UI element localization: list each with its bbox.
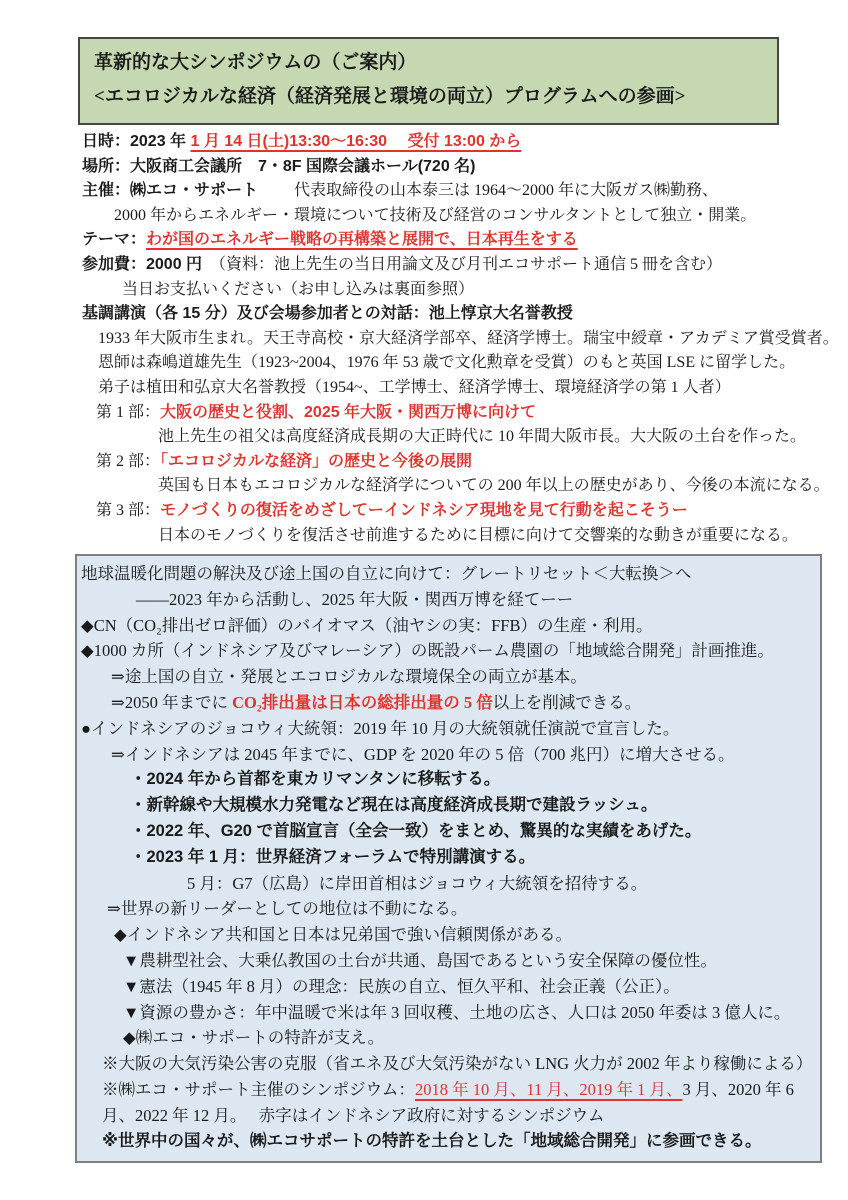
- box-self-reliance-line: ⇒途上国の自立・発展とエコロジカルな環境保全の両立が基本。: [81, 664, 814, 690]
- venue-line: 場所：大阪商工会議所 7・8F 国際会議ホール(720 名): [82, 155, 842, 180]
- datetime-label: 日時：2023 年: [82, 133, 191, 150]
- theme-line: テーマ：わが国のエネルギー戦略の再構築と展開で、日本再生をする: [82, 228, 842, 253]
- box-symposium-history-line: ※㈱エコ・サポート主催のシンポジウム：2018 年 10 月、11 月、2019…: [81, 1077, 814, 1103]
- highlight-box: 地球温暖化問題の解決及び途上国の自立に向けて：グレートリセット＜大転換＞へ ——…: [75, 554, 822, 1163]
- title-line-2: <エコロジカルな経済（経済発展と環境の両立）プログラムへの参画>: [94, 80, 763, 114]
- box-agrarian-society-line: ▼農耕型社会、大乗仏教国の土台が共通、島国であるという安全保障の優位性。: [81, 948, 814, 974]
- speaker-bio-line-3: 弟子は植田和弘京大名誉教授（1954~、工学博士、経済学博士、環境経済学の第 1…: [82, 376, 842, 401]
- speaker-bio-line-2: 恩師は森嶋道雄先生（1923~2004、1976 年 53 歳で文化勲章を受賞）…: [82, 351, 842, 376]
- theme-label: テーマ：: [82, 231, 146, 248]
- organizer-line: 主催：㈱エコ・サポート 代表取締役の山本泰三は 1964～2000 年に大阪ガス…: [82, 179, 842, 204]
- part1-title: 大阪の歴史と役割、2025 年大阪・関西万博に向けて: [160, 404, 536, 421]
- fee-label: 参加費：2000 円: [82, 256, 202, 273]
- datetime-value: 1 月 14 日(土)13:30～16:30 受付 13:00 から: [191, 133, 522, 150]
- box-g7-line: 5 月：G7（広島）に岸田首相はジョコウィ大統領を招待する。: [81, 871, 814, 897]
- part2-label: 第 2 部：: [96, 453, 160, 470]
- box-symposium-label: ※㈱エコ・サポート主催のシンポジウム：: [102, 1080, 415, 1099]
- box-osaka-pollution-line: ※大阪の大気汚染公害の克服（省エネ及び大気汚染がない LNG 火力が 2002 …: [81, 1051, 814, 1077]
- organizer-rest: 代表取締役の山本泰三は 1964～2000 年に大阪ガス㈱勤務、: [258, 182, 718, 199]
- payment-note-line: 当日お支払いください（お申し込みは裏面参照）: [82, 278, 842, 303]
- box-cn-biomass-line: ◆CN（CO₂排出ゼロ評価）のバイオマス（油ヤシの実：FFB）の生産・利用。: [81, 613, 814, 639]
- box-patent-line: ◆㈱エコ・サポートの特許が支え。: [81, 1025, 814, 1051]
- box-g20-line: ・2022 年、G20 で首脳宣言（全会一致）をまとめ、驚異的な実績をあげた。: [81, 819, 814, 845]
- theme-value: わが国のエネルギー戦略の再構築と展開で、日本再生をする: [146, 231, 578, 248]
- part1-desc-line: 池上先生の祖父は高度経済成長期の大正時代に 10 年間大阪市長。大大阪の土台を作…: [82, 425, 842, 450]
- box-symposium-red-dates: 2018 年 10 月、11 月、2019 年 1 月、: [415, 1080, 683, 1099]
- box-davos-line: ・2023 年 1 月：世界経済フォーラムで特別講演する。: [81, 845, 814, 871]
- box-world-leader-line: ⇒世界の新リーダーとしての地位は不動になる。: [81, 896, 814, 922]
- box-co2-prefix: ⇒2050 年までに: [111, 693, 232, 712]
- datetime-line: 日時：2023 年 1 月 14 日(土)13:30～16:30 受付 13:0…: [82, 130, 842, 155]
- box-co2-line: ⇒2050 年までに CO₂排出量は日本の総排出量の 5 倍以上を削減できる。: [81, 690, 814, 716]
- part3-label: 第 3 部：: [96, 502, 160, 519]
- box-heading-line: 地球温暖化問題の解決及び途上国の自立に向けて：グレートリセット＜大転換＞へ: [81, 561, 814, 587]
- organizer-label: 主催：㈱エコ・サポート: [82, 182, 258, 199]
- box-co2-red-text: CO₂排出量は日本の総排出量の 5 倍: [232, 693, 493, 712]
- part2-line: 第 2 部：「エコロジカルな経済」の歴史と今後の展開: [82, 450, 842, 475]
- box-constitution-line: ▼憲法（1945 年 8 月）の理念：民族の自立、恒久平和、社会正義（公正）。: [81, 974, 814, 1000]
- box-co2-suffix: 以上を削減できる。: [493, 693, 642, 712]
- fee-line: 参加費：2000 円 （資料：池上先生の当日用論文及び月刊エコサポート通信 5 …: [82, 253, 842, 278]
- box-world-participation-line: ※世界中の国々が、㈱エコサポートの特許を土台とした「地域総合開発」に参画できる。: [81, 1129, 814, 1155]
- box-symposium-history-line-2: 月、2022 年 12 月。 赤字はインドネシア政府に対するシンポジウム: [81, 1103, 814, 1129]
- part1-line: 第 1 部：大阪の歴史と役割、2025 年大阪・関西万博に向けて: [82, 401, 842, 426]
- part2-desc-line: 英国も日本もエコロジカルな経済学についての 200 年以上の歴史があり、今後の本…: [82, 474, 842, 499]
- box-brother-nations-line: ◆インドネシア共和国と日本は兄弟国で強い信頼関係がある。: [81, 922, 814, 948]
- part1-label: 第 1 部：: [96, 404, 160, 421]
- part3-title: モノづくりの復活をめざしてーインドネシア現地を見て行動を起こそうー: [160, 502, 688, 519]
- box-symposium-black-dates: 3 月、2020 年 6: [682, 1080, 793, 1099]
- fee-rest: （資料：池上先生の当日用論文及び月刊エコサポート通信 5 冊を含む）: [202, 256, 722, 273]
- document-page: 革新的な大シンポジウムの（ご案内） <エコロジカルな経済（経済発展と環境の両立）…: [0, 0, 848, 1200]
- box-resources-line: ▼資源の豊かさ：年中温暖で米は年 3 回収穫、土地の広さ、人口は 2050 年委…: [81, 1000, 814, 1026]
- title-line-1: 革新的な大シンポジウムの（ご案内）: [94, 46, 763, 80]
- box-gdp-line: ⇒インドネシアは 2045 年までに、GDP を 2020 年の 5 倍（700…: [81, 742, 814, 768]
- part2-title: 「エコロジカルな経済」の歴史と今後の展開: [160, 453, 472, 470]
- event-details: 日時：2023 年 1 月 14 日(土)13:30～16:30 受付 13:0…: [82, 130, 842, 548]
- organizer-continuation-line: 2000 年からエネルギー・環境について技術及び経営のコンサルタントとして独立・…: [82, 204, 842, 229]
- title-box: 革新的な大シンポジウムの（ご案内） <エコロジカルな経済（経済発展と環境の両立）…: [78, 37, 779, 125]
- box-capital-move-line: ・2024 年から首都を東カリマンタンに移転する。: [81, 767, 814, 793]
- part3-line: 第 3 部：モノづくりの復活をめざしてーインドネシア現地を見て行動を起こそうー: [82, 499, 842, 524]
- speaker-bio-line-1: 1933 年大阪市生まれ。天王寺高校・京大経済学部卒、経済学博士。瑞宝中綬章・ア…: [82, 327, 842, 352]
- box-construction-line: ・新幹線や大規模水力発電など現在は高度経済成長期で建設ラッシュ。: [81, 793, 814, 819]
- box-jokowi-line: ●インドネシアのジョコウィ大統領：2019 年 10 月の大統領就任演説で宣言し…: [81, 716, 814, 742]
- box-subheading-line: ——2023 年から活動し、2025 年大阪・関西万博を経てーー: [81, 587, 814, 613]
- part3-desc-line: 日本のモノづくりを復活させ前進するために目標に向けて交響楽的な動きが重要になる。: [82, 524, 842, 549]
- box-palm-plantation-line: ◆1000 カ所（インドネシア及びマレーシア）の既設パーム農園の「地域総合開発」…: [81, 638, 814, 664]
- keynote-line: 基調講演（各 15 分）及び会場参加者との対話：池上惇京大名誉教授: [82, 302, 842, 327]
